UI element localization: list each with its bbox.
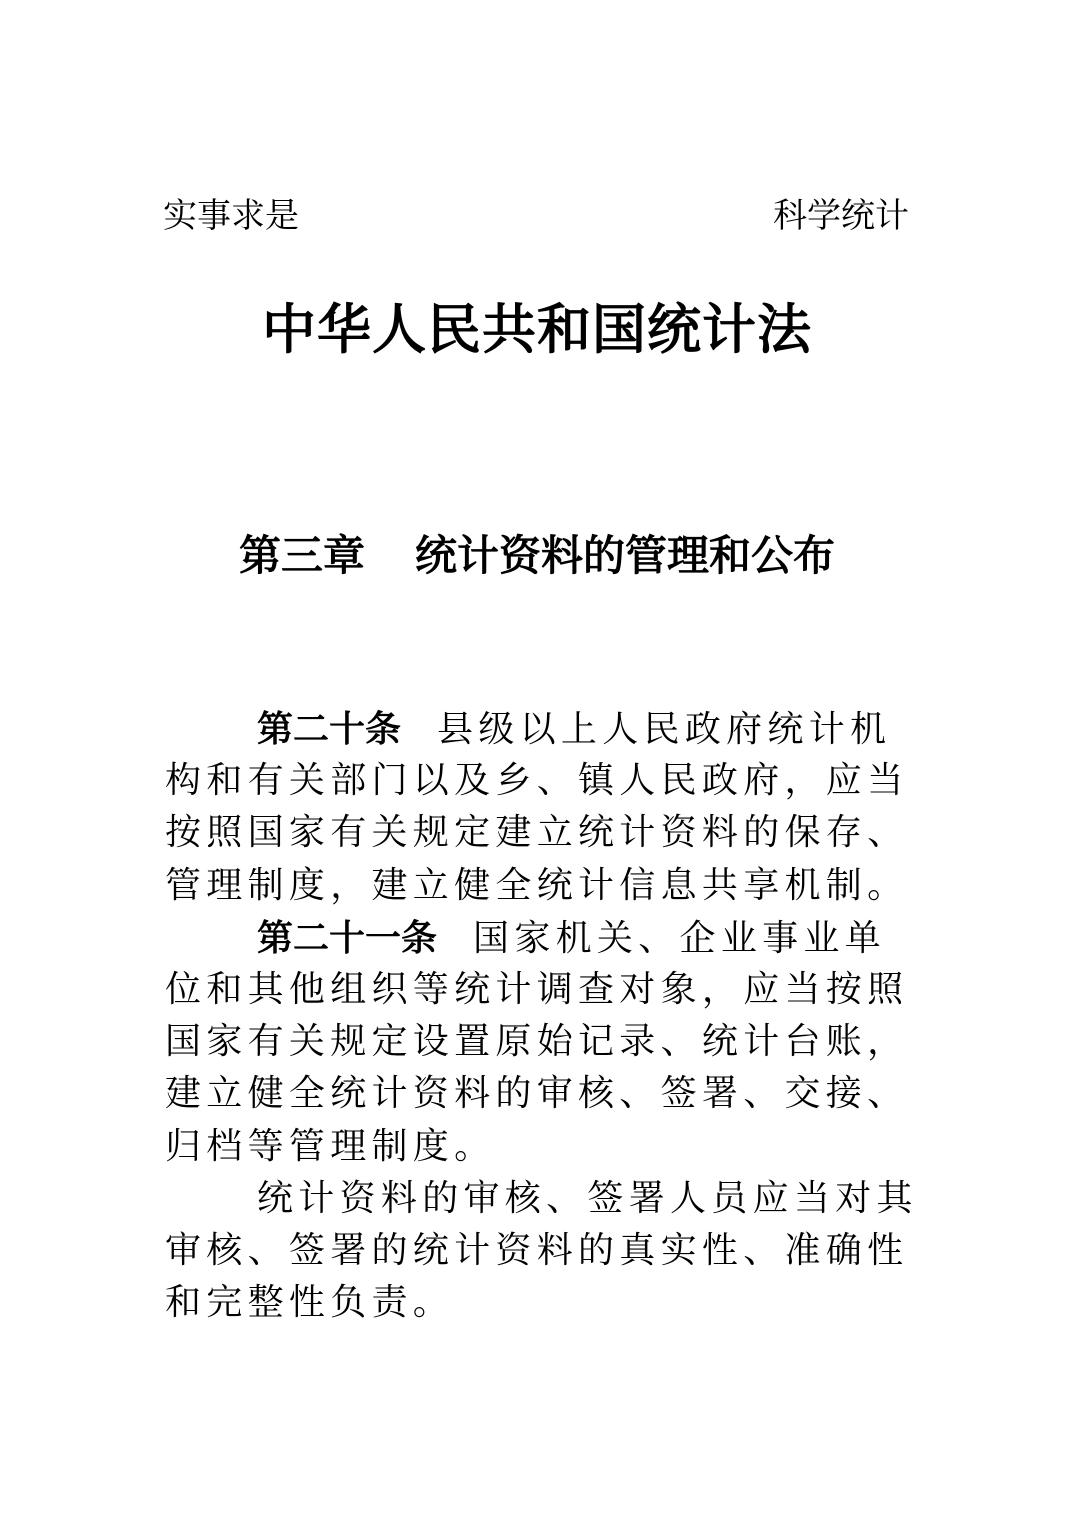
article-number: 第二十条 [257, 708, 401, 750]
text-line: 建立健全统计资料的审核、签署、交接、 [165, 1068, 910, 1120]
text-line: 位和其他组织等统计调查对象，应当按照 [165, 964, 910, 1016]
article-text: 统计资料的审核、签署人员应当对其 [257, 1178, 918, 1219]
text-line: 统计资料的审核、签署人员应当对其 [165, 1173, 910, 1225]
article-text: 县级以上人民政府统计机 [437, 709, 891, 750]
chapter-number: 第三章 [239, 531, 365, 580]
document-body: 第二十条县级以上人民政府统计机 构和有关部门以及乡、镇人民政府，应当 按照国家有… [165, 703, 910, 1329]
article-20: 第二十条县级以上人民政府统计机 构和有关部门以及乡、镇人民政府，应当 按照国家有… [165, 703, 910, 912]
text-line: 和完整性负责。 [165, 1277, 910, 1329]
header-motto-right: 科学统计 [773, 194, 909, 238]
text-line: 构和有关部门以及乡、镇人民政府，应当 [165, 755, 910, 807]
article-text: 国家机关、企业事业单 [473, 918, 886, 959]
text-line: 归档等管理制度。 [165, 1121, 910, 1173]
text-line: 国家有关规定设置原始记录、统计台账， [165, 1016, 910, 1068]
header-motto-left: 实事求是 [163, 194, 299, 238]
article-21: 第二十一条国家机关、企业事业单 位和其他组织等统计调查对象，应当按照 国家有关规… [165, 912, 910, 1330]
text-line: 管理制度，建立健全统计信息共享机制。 [165, 860, 910, 912]
document-title: 中华人民共和国统计法 [0, 296, 1074, 362]
text-line: 第二十条县级以上人民政府统计机 [165, 703, 910, 755]
text-line: 第二十一条国家机关、企业事业单 [165, 912, 910, 964]
text-line: 按照国家有关规定建立统计资料的保存、 [165, 807, 910, 859]
article-number: 第二十一条 [257, 917, 437, 959]
chapter-name: 统计资料的管理和公布 [415, 531, 835, 580]
text-line: 审核、签署的统计资料的真实性、准确性 [165, 1225, 910, 1277]
chapter-heading: 第三章统计资料的管理和公布 [0, 528, 1074, 584]
